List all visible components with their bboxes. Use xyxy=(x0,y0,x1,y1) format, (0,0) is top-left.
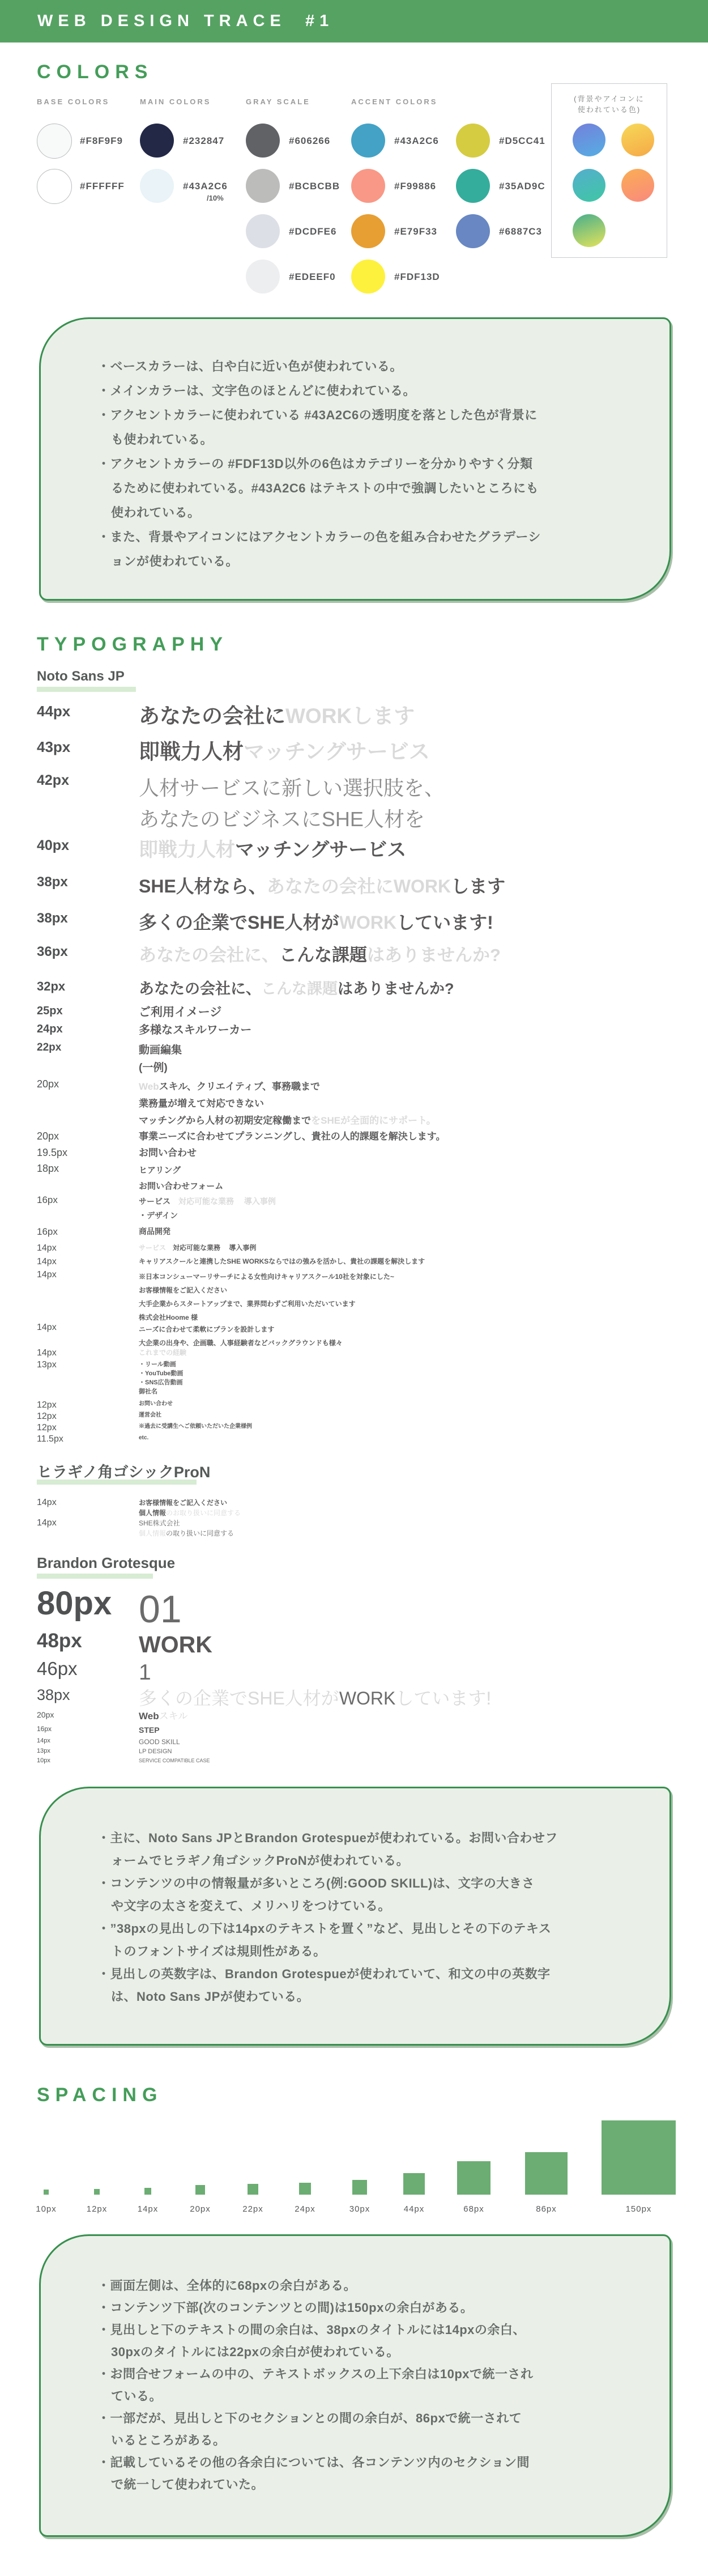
font-size-label: 20px xyxy=(37,1078,59,1090)
type-sample-line: STEP xyxy=(139,1725,683,1735)
spacing-bar-label: 68px xyxy=(457,2204,491,2214)
color-swatch xyxy=(246,214,280,248)
blue-gradient xyxy=(573,124,605,156)
type-sample-row: ・リール動画・YouTube動画・SNS広告動画御社名 xyxy=(139,1360,683,1396)
notes-box-colors: ・ベースカラーは、白や白に近い色が使われている。・メインカラーは、文字色のほとん… xyxy=(39,317,671,601)
type-sample-segment: 即戦力人材 xyxy=(139,839,235,861)
spacing-bar-label: 10px xyxy=(29,2204,63,2214)
type-sample-row: SHE人材なら、あなたの会社にWORKします xyxy=(139,874,683,898)
family-label-underline xyxy=(37,1574,153,1579)
type-sample-line: ※日本コンシューマーリサーチによる女性向けキャリアスクール10社を対象にした~ xyxy=(139,1270,683,1283)
type-sample-segment: はありませんか? xyxy=(367,945,501,965)
note-line: ・コンテンツ下部(次のコンテンツとの間)は150pxの余白がある。 xyxy=(41,2297,669,2319)
type-sample-segment: ・リール動画 xyxy=(139,1361,176,1368)
font-size-label: 16px xyxy=(37,1195,58,1206)
type-sample-row: お問い合わせ xyxy=(139,1147,683,1159)
type-sample-segment: LP DESIGN xyxy=(139,1748,172,1755)
font-size-label: 44px xyxy=(37,703,70,720)
type-sample-line: 運営会社 xyxy=(139,1412,683,1419)
type-sample-segment: はありませんか? xyxy=(338,980,454,997)
type-sample-line: ヒアリング xyxy=(139,1163,683,1179)
color-hex-label: #6887C3 xyxy=(499,226,542,237)
page-title: WEB DESIGN TRACE #1 xyxy=(37,0,334,42)
color-hex-label: #606266 xyxy=(289,135,330,147)
color-swatch xyxy=(456,169,490,203)
note-line: ョンが使われている。 xyxy=(41,549,669,573)
spacing-bar xyxy=(44,2190,49,2195)
type-sample-segment: マッチングサービス xyxy=(235,839,406,861)
color-hex-label: #BCBCBB xyxy=(289,181,340,192)
font-size-label: 12px xyxy=(37,1423,57,1433)
type-sample-row: 動画編集(一例) xyxy=(139,1042,683,1077)
spacing-bar xyxy=(352,2180,367,2195)
type-sample-segment: 人材サービスに新しい選択肢を、 xyxy=(139,776,445,800)
type-sample-segment: (一例) xyxy=(139,1062,168,1074)
font-size-label: 25px xyxy=(37,1005,63,1018)
type-sample-segment: スキル xyxy=(159,1711,188,1721)
type-sample-line: 多様なスキルワーカー xyxy=(139,1023,683,1038)
header-bar: WEB DESIGN TRACE #1 xyxy=(0,0,708,42)
note-line: 使われている。 xyxy=(41,500,669,525)
type-sample-line: マッチングから人材の初期安定稼働までをSHEが全面的にサポート。 xyxy=(139,1112,683,1129)
type-sample-row: あなたの会社に、こんな課題はありませんか? xyxy=(139,979,683,999)
type-sample-line: あなたの会社に、こんな課題はありませんか? xyxy=(139,944,683,967)
color-hex-label: #E79F33 xyxy=(394,226,437,237)
type-sample-row: SERVICE COMPATIBLE CASE xyxy=(139,1757,683,1764)
font-size-label: 16px xyxy=(37,1725,52,1733)
note-line: も使われている。 xyxy=(41,427,669,452)
font-size-label: 38px xyxy=(37,911,68,926)
type-sample-line: (一例) xyxy=(139,1059,683,1077)
type-sample-row: あなたの会社に、こんな課題はありませんか? xyxy=(139,944,683,967)
type-sample-segment: WORK xyxy=(139,1631,212,1657)
type-sample-segment: ヒアリング xyxy=(139,1166,181,1175)
type-sample-row: GOOD SKILL xyxy=(139,1737,683,1746)
font-size-label: 19.5px xyxy=(37,1147,67,1159)
type-sample-segment: お客様情報をご記入ください xyxy=(139,1499,227,1507)
type-sample-line: etc. xyxy=(139,1434,683,1442)
font-size-label: 22px xyxy=(37,1042,61,1054)
font-family-label: Brandon Grotesque xyxy=(37,1554,175,1572)
color-swatch xyxy=(351,260,385,294)
type-sample-segment: GOOD SKILL xyxy=(139,1738,180,1746)
type-sample-line: 01 xyxy=(139,1584,683,1634)
note-line: ・ベースカラーは、白や白に近い色が使われている。 xyxy=(41,354,669,379)
type-sample-segment: キャリアスクールと連携したSHE WORKSならではの強みを活かし、貴社の課題を… xyxy=(139,1257,425,1265)
type-sample-row: 商品開発 xyxy=(139,1226,683,1236)
color-swatch xyxy=(351,169,385,203)
font-size-label: 11.5px xyxy=(37,1434,63,1444)
note-line: や文字の太さを変えて、メリハリをつけている。 xyxy=(41,1895,669,1918)
note-line: ・主に、Noto Sans JPとBrandon Grotespueが使われてい… xyxy=(41,1827,669,1850)
color-hex-label: #F8F9F9 xyxy=(80,135,123,147)
type-sample-segment: 多様なスキルワーカー xyxy=(139,1024,251,1036)
color-swatch xyxy=(456,124,490,158)
family-label-underline xyxy=(37,687,136,692)
type-sample-line: 多くの企業でSHE人材がWORKしています! xyxy=(139,911,683,934)
type-sample-segment: お問い合わせ xyxy=(139,1401,173,1407)
notes-box-typography: ・主に、Noto Sans JPとBrandon Grotespueが使われてい… xyxy=(39,1787,671,2046)
cyan-teal-gradient xyxy=(573,169,605,202)
color-swatch xyxy=(140,124,174,158)
type-sample-segment: お客様情報をご記入ください xyxy=(139,1286,227,1294)
color-swatch xyxy=(351,214,385,248)
spacing-bar xyxy=(457,2161,491,2195)
type-sample-row: お問い合わせ xyxy=(139,1400,683,1408)
note-line: ・アクセントカラーの #FDF13D以外の6色はカテゴリーを分かりやすく分類 xyxy=(41,452,669,476)
type-sample-segment: サービス xyxy=(139,1197,170,1206)
color-column-header: MAIN COLORS xyxy=(140,97,211,106)
notes-box-spacing: ・画面左側は、全体的に68pxの余白がある。・コンテンツ下部(次のコンテンツとの… xyxy=(39,2234,671,2537)
type-sample-line: Webスキル、クリエイティブ、事務職まで xyxy=(139,1078,683,1095)
type-sample-segment: 個人情報 xyxy=(139,1529,166,1537)
font-size-label: 13px xyxy=(37,1360,57,1370)
font-size-label: 10px xyxy=(37,1757,50,1764)
spacing-bar-label: 24px xyxy=(288,2204,322,2214)
note-line: は、Noto Sans JPが使わている。 xyxy=(41,1986,669,2008)
type-sample-segment: WORK xyxy=(339,912,396,933)
note-line: 30pxのタイトルには22pxの余白が使われている。 xyxy=(41,2341,669,2363)
type-sample-line: ニーズに合わせて柔軟にプランを設計します xyxy=(139,1323,683,1336)
spacing-bar-label: 150px xyxy=(622,2204,656,2214)
type-sample-line: あなたの会社にWORKします xyxy=(139,703,683,730)
family-label-underline xyxy=(37,1480,197,1485)
type-sample-segment: 大企業の出身や、企画職、人事経験者などバックグラウンドも様々 xyxy=(139,1339,343,1347)
type-sample-line: あなたの会社に、こんな課題はありませんか? xyxy=(139,979,683,999)
type-sample-segment: STEP xyxy=(139,1725,160,1735)
type-sample-line: ・YouTube動画 xyxy=(139,1369,683,1378)
type-sample-line: ・SNS広告動画 xyxy=(139,1378,683,1387)
type-sample-row: LP DESIGN xyxy=(139,1748,683,1755)
note-line: ・見出しの英数字は、Brandon Grotespueが使われていて、和文の中の… xyxy=(41,1963,669,1986)
color-hex-label: #232847 xyxy=(183,135,224,147)
type-sample-row: 人材サービスに新しい選択肢を、あなたのビジネスにSHE人材を xyxy=(139,772,683,835)
spacing-section-heading: SPACING xyxy=(37,2084,163,2106)
note-line: ・見出しと下のテキストの間の余白は、38pxのタイトルには14pxの余白、 xyxy=(41,2319,669,2341)
type-sample-segment: WORK xyxy=(339,1688,396,1708)
color-swatch xyxy=(456,214,490,248)
type-sample-segment: マッチングから人材の初期安定稼働まで xyxy=(139,1115,311,1126)
type-sample-row: 多くの企業でSHE人材がWORKしています! xyxy=(139,1686,683,1710)
type-sample-row: あなたの会社にWORKします xyxy=(139,703,683,730)
font-size-label: 14px xyxy=(37,1518,57,1528)
type-sample-segment: しています! xyxy=(395,1688,491,1708)
color-swatch xyxy=(246,169,280,203)
type-sample-segment: サービス xyxy=(139,1244,166,1252)
type-sample-segment: 多くの企業でSHE人材が xyxy=(139,912,339,933)
type-sample-line: 御社名 xyxy=(139,1387,683,1396)
type-sample-line: お問い合わせ xyxy=(139,1147,683,1159)
type-sample-row: Webスキル、クリエイティブ、事務職まで業務量が増えて対応できないマッチングから… xyxy=(139,1078,683,1129)
font-size-label: 18px xyxy=(37,1163,59,1175)
type-sample-segment: 大手企業からスタートアップまで、業界問わずご利用いただいています xyxy=(139,1300,356,1308)
type-sample-segment: 1 xyxy=(139,1660,151,1685)
yellow-orange-gradient xyxy=(621,124,654,156)
color-hex-label: #D5CC41 xyxy=(499,135,545,147)
type-sample-line: 即戦力人材マッチングサービス xyxy=(139,738,683,766)
type-sample-line: 1 xyxy=(139,1658,683,1687)
type-sample-segment: Web xyxy=(139,1711,159,1721)
note-line: ・コンテンツの中の情報量が多いところ(例:GOOD SKILL)は、文字の大きさ xyxy=(41,1872,669,1895)
type-sample-row: お客様情報をご記入ください個人情報のお取り扱いに同意する xyxy=(139,1498,683,1518)
type-sample-line: お客様情報をご記入ください xyxy=(139,1283,683,1297)
type-sample-segment: ※過去に受講生へご依頼いただいた企業様例 xyxy=(139,1423,252,1430)
type-sample-row: 多様なスキルワーカー xyxy=(139,1023,683,1038)
color-opacity-note: /10% xyxy=(207,194,224,202)
type-sample-line: 業務量が増えて対応できない xyxy=(139,1095,683,1112)
type-sample-segment: のお取り扱いに同意する xyxy=(166,1509,241,1517)
color-hex-label: #DCDFE6 xyxy=(289,226,336,237)
color-column-header: BASE COLORS xyxy=(37,97,109,106)
type-sample-row: サービス 対応可能な業務 導入事例 xyxy=(139,1243,683,1252)
type-sample-segment: 事業ニーズに合わせてプランニングし、貴社の人的課題を解決します。 xyxy=(139,1131,445,1142)
note-line: ・お問合せフォームの中の、テキストボックスの上下余白は10pxで統一され xyxy=(41,2363,669,2385)
type-sample-row: SHE株式会社個人情報の取り扱いに同意する xyxy=(139,1518,683,1538)
color-hex-label: #43A2C6 xyxy=(183,181,228,192)
font-size-label: 14px xyxy=(37,1323,57,1333)
type-sample-segment: マッチングサービス xyxy=(244,740,430,763)
type-sample-segment: の取り扱いに同意する xyxy=(166,1529,234,1537)
type-sample-line: これまでの経験 xyxy=(139,1348,683,1357)
color-swatch xyxy=(351,124,385,158)
spacing-bar-label: 86px xyxy=(530,2204,564,2214)
type-sample-segment: Web xyxy=(139,1081,159,1092)
type-sample-row: STEP xyxy=(139,1725,683,1735)
type-sample-line: 動画編集 xyxy=(139,1042,683,1059)
type-sample-line: ※過去に受講生へご依頼いただいた企業様例 xyxy=(139,1423,683,1430)
font-size-label: 16px xyxy=(37,1226,58,1238)
font-size-label: 14px xyxy=(37,1737,50,1744)
font-size-label: 36px xyxy=(37,944,68,960)
type-sample-line: 個人情報の取り扱いに同意する xyxy=(139,1528,683,1538)
type-sample-segment: こんな課題 xyxy=(261,980,338,997)
type-sample-segment: etc. xyxy=(139,1435,148,1441)
spacing-bar xyxy=(525,2152,568,2195)
type-sample-row: これまでの経験 xyxy=(139,1348,683,1357)
type-sample-segment: お問い合わせフォーム xyxy=(139,1181,223,1191)
note-line: るために使われている。#43A2C6 はテキストの中で強調したいところにも xyxy=(41,476,669,500)
type-sample-segment: 個人情報 xyxy=(139,1509,166,1517)
spacing-bar xyxy=(248,2184,258,2195)
type-sample-segment: 対応可能な業務 導入事例 xyxy=(166,1244,256,1252)
type-sample-segment: 動画編集 xyxy=(139,1044,182,1056)
type-sample-segment: あなたの会社に xyxy=(139,704,285,728)
font-size-label: 14px xyxy=(37,1257,57,1267)
note-line: ・アクセントカラーに使われている #43A2C6の透明度を落とした色が背景に xyxy=(41,403,669,427)
type-sample-line: 多くの企業でSHE人材がWORKしています! xyxy=(139,1686,683,1710)
color-hex-label: #FDF13D xyxy=(394,271,440,283)
type-sample-line: お問い合わせ xyxy=(139,1400,683,1408)
font-size-label: 80px xyxy=(37,1584,112,1622)
type-sample-line: 即戦力人材マッチングサービス xyxy=(139,838,683,862)
type-sample-segment: ※日本コンシューマーリサーチによる女性向けキャリアスクール10社を対象にした~ xyxy=(139,1273,394,1281)
type-sample-segment: ・SNS広告動画 xyxy=(139,1379,183,1386)
type-sample-segment: WORKします xyxy=(285,704,415,728)
type-sample-row: 事業ニーズに合わせてプランニングし、貴社の人的課題を解決します。 xyxy=(139,1130,683,1143)
font-size-label: 24px xyxy=(37,1023,63,1036)
font-size-label: 40px xyxy=(37,838,69,854)
color-swatch xyxy=(140,169,174,203)
type-sample-line: あなたのビジネスにSHE人材を xyxy=(139,804,683,835)
spacing-bar xyxy=(144,2188,151,2195)
font-family-label: ヒラギノ角ゴシックProN xyxy=(37,1460,210,1482)
font-size-label: 14px xyxy=(37,1243,57,1253)
color-hex-label: #43A2C6 xyxy=(394,135,439,147)
type-sample-segment: SHE株式会社 xyxy=(139,1519,180,1527)
type-sample-row: 即戦力人材マッチングサービス xyxy=(139,838,683,862)
type-sample-line: お客様情報をご記入ください xyxy=(139,1498,683,1508)
type-sample-line: サービス 対応可能な業務 導入事例 xyxy=(139,1195,683,1209)
type-sample-row: 1 xyxy=(139,1658,683,1687)
type-sample-line: 個人情報のお取り扱いに同意する xyxy=(139,1508,683,1518)
font-size-label: 32px xyxy=(37,979,65,994)
type-sample-row: ニーズに合わせて柔軟にプランを設計します大企業の出身や、企画職、人事経験者などバ… xyxy=(139,1323,683,1350)
color-swatch xyxy=(246,124,280,158)
type-sample-segment: 即戦力人材 xyxy=(139,740,244,763)
note-line: ・また、背景やアイコンにはアクセントカラーの色を組み合わせたグラデーシ xyxy=(41,525,669,549)
note-line: トのフォントサイズは規則性がある。 xyxy=(41,1940,669,1963)
font-size-label: 38px xyxy=(37,1686,70,1704)
gradient-box-caption: (背景やアイコンに 使われている色) xyxy=(551,93,667,115)
spacing-bar-label: 30px xyxy=(343,2204,377,2214)
spacing-bar xyxy=(403,2173,425,2195)
color-swatch xyxy=(37,124,72,159)
font-size-label: 14px xyxy=(37,1270,57,1280)
color-hex-label: #F99886 xyxy=(394,181,436,192)
typography-section-heading: TYPOGRAPHY xyxy=(37,634,228,656)
type-sample-line: SHE人材なら、あなたの会社にWORKします xyxy=(139,874,683,898)
type-sample-segment: あなたのビジネスにSHE人材を xyxy=(139,807,425,831)
note-line: いるところがある。 xyxy=(41,2429,669,2451)
type-sample-row: 多くの企業でSHE人材がWORKしています! xyxy=(139,911,683,934)
font-size-label: 14px xyxy=(37,1348,57,1358)
type-sample-segment: あなたの会社に、 xyxy=(139,980,261,997)
type-sample-line: キャリアスクールと連携したSHE WORKSならではの強みを活かし、貴社の課題を… xyxy=(139,1257,683,1266)
type-sample-segment: 対応可能な業務 導入事例 xyxy=(170,1197,276,1206)
type-sample-row: キャリアスクールと連携したSHE WORKSならではの強みを活かし、貴社の課題を… xyxy=(139,1257,683,1266)
type-sample-segment: こんな課題 xyxy=(279,945,367,965)
note-line: ォームでヒラギノ角ゴシックProNが使われている。 xyxy=(41,1850,669,1872)
spacing-bar xyxy=(195,2185,205,2195)
font-size-label: 43px xyxy=(37,738,70,756)
type-sample-segment: 株式会社Hoome 様 xyxy=(139,1313,198,1321)
type-sample-line: SERVICE COMPATIBLE CASE xyxy=(139,1757,683,1764)
type-sample-line: 人材サービスに新しい選択肢を、 xyxy=(139,772,683,804)
note-line: ている。 xyxy=(41,2385,669,2407)
type-sample-line: WORK xyxy=(139,1630,683,1660)
type-sample-segment: あなたの会社にWORK xyxy=(267,876,451,896)
color-column-header: ACCENT COLORS xyxy=(351,97,437,106)
color-hex-label: #35AD9C xyxy=(499,181,545,192)
type-sample-segment: ・デザイン xyxy=(139,1211,178,1220)
font-family-label: Noto Sans JP xyxy=(37,669,125,685)
spacing-bar-label: 22px xyxy=(236,2204,270,2214)
type-sample-line: SHE株式会社 xyxy=(139,1518,683,1528)
type-sample-line: サービス 対応可能な業務 導入事例 xyxy=(139,1243,683,1252)
type-sample-segment: 01 xyxy=(139,1588,182,1631)
type-sample-segment: しています! xyxy=(396,912,493,933)
type-sample-segment: 多くの企業でSHE人材が xyxy=(139,1688,339,1708)
note-line: で統一して使われていた。 xyxy=(41,2473,669,2496)
type-sample-segment: SHE人材なら、 xyxy=(139,876,267,896)
color-swatch xyxy=(37,169,72,204)
spacing-bar xyxy=(299,2183,311,2195)
note-line: ・記載しているその他の各余白については、各コンテンツ内のセクション間 xyxy=(41,2451,669,2473)
type-sample-line: お問い合わせフォーム xyxy=(139,1179,683,1195)
type-sample-line: 大手企業からスタートアップまで、業界問わずご利用いただいています xyxy=(139,1297,683,1311)
color-column-header: GRAY SCALE xyxy=(246,97,310,106)
note-line: ・画面左側は、全体的に68pxの余白がある。 xyxy=(41,2275,669,2297)
type-sample-row: 即戦力人材マッチングサービス xyxy=(139,738,683,766)
font-size-label: 20px xyxy=(37,1710,54,1719)
font-size-label: 48px xyxy=(37,1630,82,1652)
font-size-label: 46px xyxy=(37,1658,78,1680)
type-sample-line: GOOD SKILL xyxy=(139,1737,683,1746)
type-sample-segment: 御社名 xyxy=(139,1388,157,1395)
font-size-label: 12px xyxy=(37,1412,57,1422)
type-sample-row: ※過去に受講生へご依頼いただいた企業様例 xyxy=(139,1423,683,1430)
note-line: ・”38pxの見出しの下は14pxのテキストを置く”など、見出しとその下のテキス xyxy=(41,1918,669,1940)
type-sample-segment: 業務量が増えて対応できない xyxy=(139,1098,264,1109)
font-size-label: 38px xyxy=(37,874,68,890)
type-sample-line: 商品開発 xyxy=(139,1226,683,1236)
type-sample-row: 01 xyxy=(139,1584,683,1634)
type-sample-segment: 商品開発 xyxy=(139,1227,170,1236)
type-sample-row: WORK xyxy=(139,1630,683,1660)
type-sample-segment: スキル、クリエイティブ、事務職まで xyxy=(159,1081,320,1092)
font-size-label: 20px xyxy=(37,1130,59,1142)
type-sample-line: LP DESIGN xyxy=(139,1748,683,1755)
type-sample-row: Webスキル xyxy=(139,1710,683,1723)
green-yellow-gradient xyxy=(573,214,605,247)
type-sample-row: ご利用イメージ xyxy=(139,1005,683,1020)
color-hex-label: #FFFFFF xyxy=(80,181,125,192)
type-sample-row: サービス 対応可能な業務 導入事例・デザイン xyxy=(139,1195,683,1223)
type-sample-line: ご利用イメージ xyxy=(139,1005,683,1020)
type-sample-line: ・デザイン xyxy=(139,1209,683,1223)
note-line: ・一部だが、見出しと下のセクションとの間の余白が、86pxで統一されて xyxy=(41,2407,669,2429)
type-sample-line: ・リール動画 xyxy=(139,1360,683,1369)
spacing-bar xyxy=(94,2189,100,2195)
type-sample-segment: ニーズに合わせて柔軟にプランを設計します xyxy=(139,1325,274,1333)
type-sample-row: etc. xyxy=(139,1434,683,1442)
type-sample-segment: ご利用イメージ xyxy=(139,1006,221,1019)
type-sample-row: ヒアリングお問い合わせフォーム xyxy=(139,1163,683,1195)
orange-salmon-gradient xyxy=(621,169,654,202)
spacing-bar-label: 44px xyxy=(397,2204,431,2214)
spacing-bar-label: 14px xyxy=(131,2204,165,2214)
type-sample-segment: これまでの経験 xyxy=(139,1349,186,1357)
type-sample-segment: 運営会社 xyxy=(139,1412,161,1418)
type-sample-row: ※日本コンシューマーリサーチによる女性向けキャリアスクール10社を対象にした~お… xyxy=(139,1270,683,1324)
spacing-bar-label: 20px xyxy=(184,2204,217,2214)
type-sample-line: 事業ニーズに合わせてプランニングし、貴社の人的課題を解決します。 xyxy=(139,1130,683,1143)
font-size-label: 42px xyxy=(37,772,69,789)
color-swatch xyxy=(246,260,280,294)
design-trace-page: WEB DESIGN TRACE #1 COLORS BASE COLORS#F… xyxy=(0,0,708,2576)
type-sample-segment: します xyxy=(451,876,505,896)
spacing-bar-label: 12px xyxy=(80,2204,114,2214)
font-size-label: 12px xyxy=(37,1400,57,1410)
type-sample-segment: をSHEが全面的にサポート。 xyxy=(311,1115,436,1126)
colors-section-heading: COLORS xyxy=(37,61,153,83)
type-sample-segment: あなたの会社に、 xyxy=(139,945,279,965)
type-sample-segment: SERVICE COMPATIBLE CASE xyxy=(139,1758,210,1763)
color-hex-label: #EDEEF0 xyxy=(289,271,336,283)
type-sample-row: 運営会社 xyxy=(139,1412,683,1419)
spacing-bar xyxy=(602,2120,676,2195)
font-size-label: 14px xyxy=(37,1498,57,1508)
